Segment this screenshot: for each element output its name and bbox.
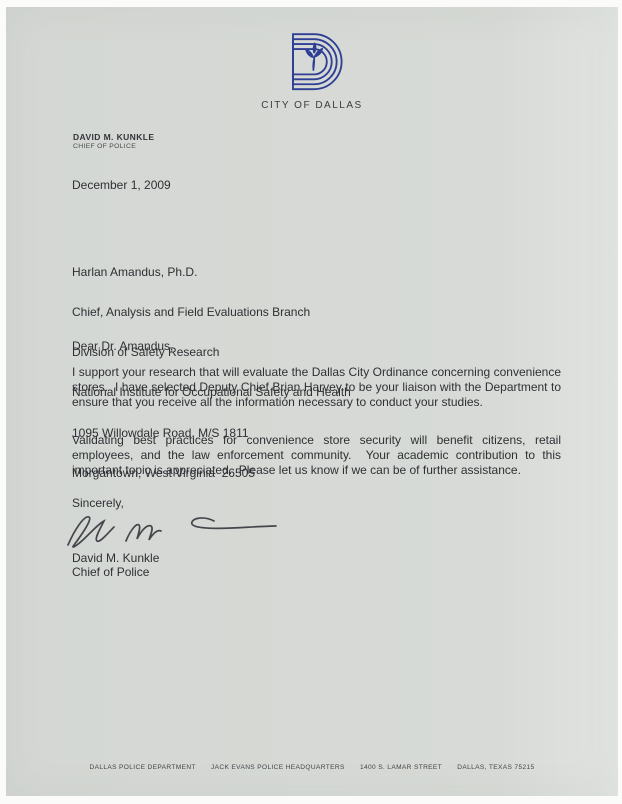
- org-name: CITY OF DALLAS: [6, 100, 618, 111]
- footer: DALLAS POLICE DEPARTMENT JACK EVANS POLI…: [6, 764, 618, 771]
- footer-segment: DALLAS POLICE DEPARTMENT: [89, 764, 195, 771]
- letter-paper: CITY OF DALLAS DAVID M. KUNKLE CHIEF OF …: [6, 7, 618, 796]
- footer-segment: 1400 S. LAMAR STREET: [360, 764, 442, 771]
- sender-block: DAVID M. KUNKLE CHIEF OF POLICE: [73, 133, 154, 151]
- city-of-dallas-d-logo-icon: [276, 30, 348, 97]
- sender-title: CHIEF OF POLICE: [73, 143, 154, 151]
- signature-block: David M. Kunkle Chief of Police: [72, 551, 159, 579]
- footer-segment: DALLAS, TEXAS 75215: [457, 764, 534, 771]
- footer-segment: JACK EVANS POLICE HEADQUARTERS: [211, 764, 345, 771]
- signer-title: Chief of Police: [72, 565, 159, 579]
- letter-date: December 1, 2009: [72, 178, 171, 192]
- letterhead: CITY OF DALLAS: [6, 30, 618, 111]
- scanned-letter-page: { "letterhead": { "org_name": "CITY OF D…: [0, 0, 622, 804]
- recipient-line: Chief, Analysis and Field Evaluations Br…: [72, 306, 351, 319]
- signer-name: David M. Kunkle: [72, 551, 159, 565]
- salutation: Dear Dr. Amandus,: [72, 339, 173, 353]
- sender-name: DAVID M. KUNKLE: [73, 133, 154, 143]
- body-paragraph: I support your research that will evalua…: [72, 365, 561, 411]
- recipient-line: Harlan Amandus, Ph.D.: [72, 266, 351, 279]
- body-paragraph: Validating best practices for convenienc…: [72, 433, 561, 479]
